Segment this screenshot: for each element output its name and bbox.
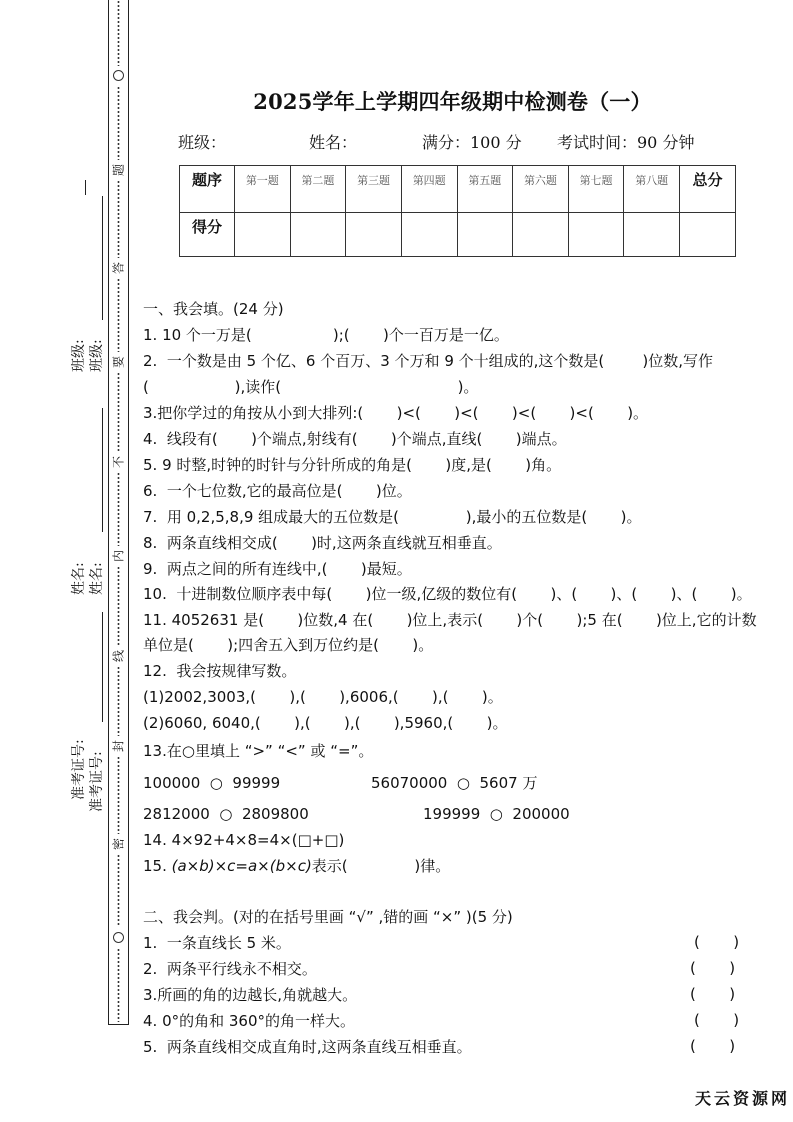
score-cell[interactable]	[235, 213, 291, 257]
page-title: 2025学年上学期四年级期中检测卷（一）	[56, 86, 793, 116]
binding-dots	[117, 0, 120, 66]
judge-item: 4. 0°的角和 360°的角一样大。	[143, 1011, 355, 1031]
compare-left: 100000 ○ 99999	[143, 773, 280, 793]
compare-left: 2812000 ○ 2809800	[143, 804, 309, 824]
question-line: 10. 十进制数位顺序表中每( )位一级,亿级的数位有( )、( )、( )、(…	[143, 584, 752, 604]
compare-right: 199999 ○ 200000	[423, 804, 570, 824]
binding-mark-bu: 不	[113, 453, 125, 472]
judge-answer-blank[interactable]: ( )	[694, 1011, 739, 1029]
section2-heading: 二、我会判。(对的在括号里画 “√” ,错的画 “×” )(5 分)	[143, 907, 513, 927]
question-line: (1)2002,3003,( ),( ),6006,( ),( )。	[143, 687, 503, 707]
binding-examid-underline	[102, 612, 103, 722]
exam-time: 考试时间：90 分钟	[557, 130, 694, 153]
question-line: 2. 一个数是由 5 个亿、6 个百万、3 个万和 9 个十组成的,这个数是( …	[143, 351, 713, 371]
q15-suffix: 表示( )律。	[312, 857, 450, 875]
question-line: 9. 两点之间的所有连线中,( )最短。	[143, 559, 412, 579]
score-table-header-row: 题序 第一题 第二题 第三题 第四题 第五题 第六题 第七题 第八题 总分	[180, 166, 736, 213]
row-header-score: 得分	[180, 213, 235, 257]
q15-prefix: 15.	[143, 857, 172, 875]
question-line: 5. 9 时整,时钟的时针与分针所成的角是( )度,是( )角。	[143, 455, 561, 475]
binding-mark-mi: 密	[113, 835, 125, 854]
binding-class-label-outer: 班级:	[68, 339, 88, 372]
binding-name-underline	[102, 408, 103, 532]
question-line: 12. 我会按规律写数。	[143, 661, 296, 681]
question-line: ( ),读作( )。	[143, 377, 478, 397]
binding-name-label-outer: 姓名:	[68, 562, 88, 595]
binding-name-label-inner: 姓名:	[86, 562, 106, 595]
binding-dots	[117, 566, 120, 646]
binding-class-mark	[85, 180, 86, 195]
column-header: 第三题	[346, 166, 402, 213]
binding-mark-nei: 内	[113, 547, 125, 566]
binding-mark-da: 答	[113, 259, 125, 278]
compare-right: 56070000 ○ 5607 万	[371, 773, 537, 793]
question-line: 7. 用 0,2,5,8,9 组成最大的五位数是( ),最小的五位数是( )。	[143, 507, 641, 527]
binding-circle-bottom	[109, 932, 128, 943]
question-15: 15. (a×b)×c=a×(b×c)表示( )律。	[143, 856, 450, 876]
binding-examid-label-inner: 准考证号:	[86, 751, 106, 812]
score-cell[interactable]	[290, 213, 346, 257]
binding-class-label-inner: 班级:	[86, 339, 106, 372]
score-cell[interactable]	[624, 213, 680, 257]
question-line: (2)6060, 6040,( ),( ),( ),5960,( )。	[143, 713, 507, 733]
question-line: 单位是( );四舍五入到万位约是( )。	[143, 635, 433, 655]
score-cell-total[interactable]	[680, 213, 736, 257]
binding-class-underline	[102, 196, 103, 320]
question-line: 6. 一个七位数,它的最高位是( )位。	[143, 481, 412, 501]
judge-answer-blank[interactable]: ( )	[690, 1037, 735, 1055]
column-header: 第一题	[235, 166, 291, 213]
class-label: 班级：	[178, 130, 226, 153]
question-line: 13.在○里填上 “>” “<” 或 “=”。	[143, 741, 373, 761]
binding-dots	[117, 180, 120, 258]
judge-item: 1. 一条直线长 5 米。	[143, 933, 291, 953]
question-line: 4. 线段有( )个端点,射线有( )个端点,直线( )端点。	[143, 429, 567, 449]
judge-item: 3.所画的角的边越长,角就越大。	[143, 985, 357, 1005]
column-header: 第六题	[513, 166, 569, 213]
binding-strip: 题 答 要 不 内 线 封 密	[108, 0, 129, 1025]
question-line: 8. 两条直线相交成( )时,这两条直线就互相垂直。	[143, 533, 502, 553]
binding-dots	[117, 948, 120, 1022]
question-line: 3.把你学过的角按从小到大排列:( )<( )<( )<( )<( )。	[143, 403, 648, 423]
score-cell[interactable]	[346, 213, 402, 257]
binding-mark-feng: 封	[113, 737, 125, 756]
column-header: 第二题	[290, 166, 346, 213]
judge-answer-blank[interactable]: ( )	[690, 959, 735, 977]
score-cell[interactable]	[513, 213, 569, 257]
question-line: 11. 4052631 是( )位数,4 在( )位上,表示( )个( );5 …	[143, 610, 757, 630]
brand-watermark: 天云资源网	[695, 1086, 790, 1109]
binding-dots	[117, 472, 120, 546]
name-label: 姓名：	[309, 130, 357, 153]
full-score: 满分：100 分	[422, 130, 522, 153]
judge-item: 5. 两条直线相交成直角时,这两条直线互相垂直。	[143, 1037, 472, 1057]
row-header-question: 题序	[180, 166, 235, 213]
score-cell[interactable]	[568, 213, 624, 257]
binding-dots	[117, 666, 120, 736]
score-table: 题序 第一题 第二题 第三题 第四题 第五题 第六题 第七题 第八题 总分 得分	[179, 165, 736, 257]
binding-dots	[117, 854, 120, 926]
judge-item: 2. 两条平行线永不相交。	[143, 959, 317, 979]
judge-answer-blank[interactable]: ( )	[690, 985, 735, 1003]
question-14: 14. 4×92+4×8=4×(□+□)	[143, 830, 344, 850]
binding-dots	[117, 278, 120, 352]
q15-formula: (a×b)×c=a×(b×c)	[172, 857, 312, 875]
column-header: 第四题	[401, 166, 457, 213]
column-header: 第八题	[624, 166, 680, 213]
score-table-score-row: 得分	[180, 213, 736, 257]
section1-heading: 一、我会填。(24 分)	[143, 299, 284, 319]
question-line: 1. 10 个一万是( );( )个一百万是一亿。	[143, 325, 509, 345]
score-cell[interactable]	[457, 213, 513, 257]
binding-mark-yao: 要	[113, 353, 125, 372]
binding-mark-xian: 线	[113, 647, 125, 666]
column-header-total: 总分	[680, 166, 736, 213]
column-header: 第七题	[568, 166, 624, 213]
binding-examid-label-outer: 准考证号:	[68, 739, 88, 800]
judge-answer-blank[interactable]: ( )	[694, 933, 739, 951]
column-header: 第五题	[457, 166, 513, 213]
binding-circle-top	[109, 70, 128, 81]
score-cell[interactable]	[401, 213, 457, 257]
binding-dots	[117, 756, 120, 834]
binding-dots	[117, 372, 120, 452]
binding-mark-ti: 题	[113, 161, 125, 180]
